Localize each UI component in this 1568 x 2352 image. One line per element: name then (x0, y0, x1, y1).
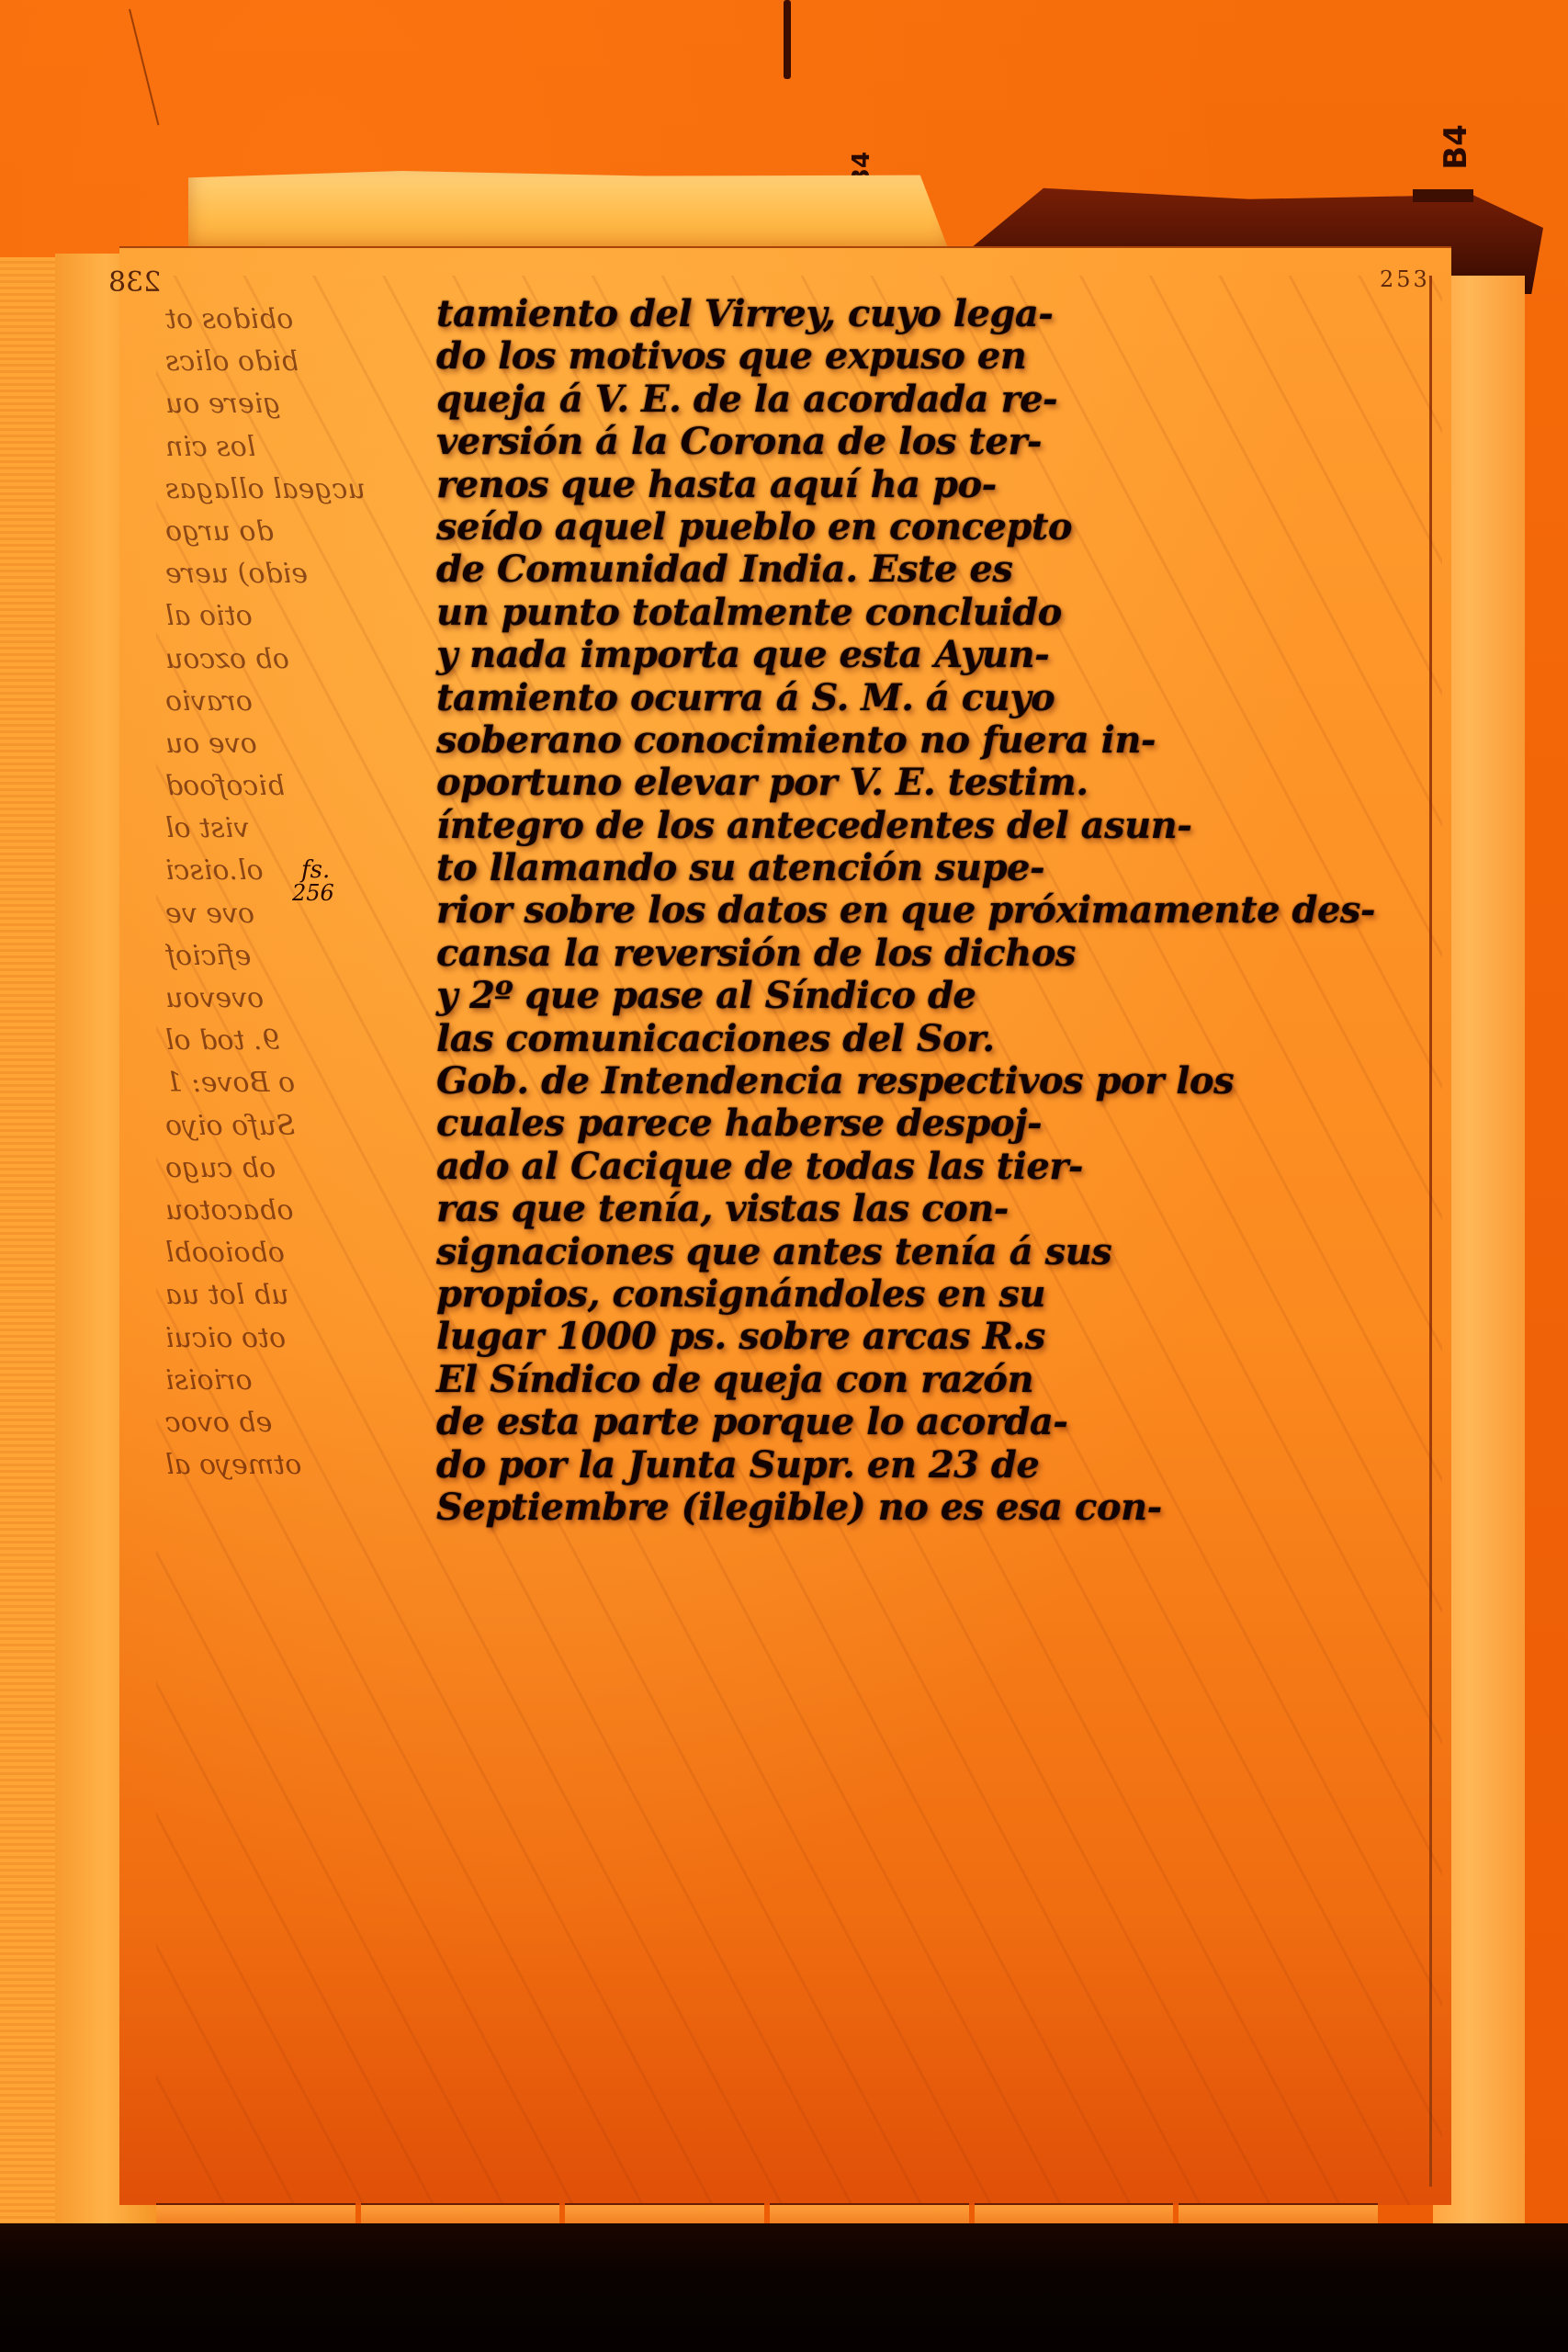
bleed-line: oto oicui (165, 1322, 432, 1364)
manuscript-line: to llamando su atención supe- (436, 846, 1438, 888)
bleed-line: los cin (165, 431, 432, 473)
bleed-line: ucgeal ollagas (165, 473, 432, 515)
manuscript-line: ras que tenía, vistas las con- (436, 1187, 1438, 1229)
manuscript-line: oportuno elevar por V. E. testim. (436, 761, 1438, 803)
bleed-line: vist ol (165, 812, 432, 854)
folio-number: 253 (1380, 266, 1430, 292)
bleed-line: otio al (165, 600, 432, 642)
bleed-line: do urgo (165, 515, 432, 558)
manuscript-line: rior sobre los datos en que próximamente… (436, 888, 1438, 931)
bleed-line: orioisi (165, 1364, 432, 1407)
bleed-line: o Bove: 1 (165, 1067, 432, 1109)
manuscript-line: de Comunidad India. Este es (436, 548, 1438, 590)
manuscript-line: ado al Cacique de todas las tier- (436, 1145, 1438, 1187)
bleed-line: ob ozcou (165, 643, 432, 685)
bleed-through-folio-number: 238 (108, 266, 161, 299)
bleed-line: 9. tod ol (165, 1024, 432, 1067)
flap-tab (1413, 189, 1473, 202)
manuscript-line: versión á la Corona de los ter- (436, 420, 1438, 462)
manuscript-line: íntegro de los antecedentes del asun- (436, 804, 1438, 846)
margin-ref-prefix: fs. (301, 858, 334, 882)
bleed-line: oravio (165, 685, 432, 728)
folded-paper-flap-light (188, 171, 951, 255)
manuscript-line: do por la Junta Supr. en 23 de (436, 1443, 1438, 1486)
margin-ref-number: 256 (292, 882, 334, 904)
manuscript-line: cuales parece haberse despoj- (436, 1102, 1438, 1144)
manuscript-line: y nada importa que esta Ayun- (436, 633, 1438, 675)
manuscript-line: Septiembre (ilegible) no es esa con- (436, 1486, 1438, 1528)
bleed-line: bido olics (165, 345, 432, 388)
manuscript-line: cansa la reversión de los dichos (436, 932, 1438, 974)
bleed-line: obidos ot (165, 303, 432, 345)
bleed-line: ovevou (165, 982, 432, 1024)
bleed-line: bicofood (165, 770, 432, 812)
bleed-line: eb ovoc (165, 1407, 432, 1449)
manuscript-line: seído aquel pueblo en concepto (436, 505, 1438, 548)
manuscript-line: un punto totalmente concluido (436, 591, 1438, 633)
bottom-dark-shadow (0, 2223, 1568, 2352)
bleed-line: Sufo oiyo (165, 1110, 432, 1152)
manuscript-line: propios, consignándoles en su (436, 1272, 1438, 1315)
bleed-line: ove ou (165, 728, 432, 770)
manuscript-text-block: tamiento del Virrey, cuyo lega- do los m… (436, 292, 1438, 1528)
bleed-line: eido) uere (165, 558, 432, 600)
manuscript-line: signaciones que antes tenía á sus (436, 1230, 1438, 1272)
bleed-line: giere ou (165, 388, 432, 430)
manuscript-line: queja á V. E. de la acordada re- (436, 378, 1438, 420)
manuscript-line: do los motivos que expuso en (436, 334, 1438, 377)
manuscript-line: de esta parte porque lo acorda- (436, 1400, 1438, 1442)
manuscript-line: tamiento ocurra á S. M. á cuyo (436, 676, 1438, 718)
manuscript-line: las comunicaciones del Sor. (436, 1017, 1438, 1059)
manuscript-line: tamiento del Virrey, cuyo lega- (436, 292, 1438, 334)
manuscript-line: renos que hasta aquí ha po- (436, 463, 1438, 505)
bleed-line: otmeyo al (165, 1449, 432, 1491)
bleed-line: ob cugo (165, 1152, 432, 1194)
bleed-line: eficiof (165, 940, 432, 982)
manuscript-line: soberano conocimiento no fuera in- (436, 718, 1438, 761)
manuscript-line: y 2º que pase al Síndico de (436, 974, 1438, 1016)
marginal-folio-reference: fs. 256 (292, 858, 334, 904)
manuscript-line-underlined: lugar 1000 ps. sobre arcas R.s (436, 1315, 1438, 1357)
bleed-line: obacotou (165, 1194, 432, 1237)
bleed-line: oboioobl (165, 1237, 432, 1279)
bleed-line: ub lot ua (165, 1279, 432, 1321)
film-holder-mark (784, 0, 791, 79)
manuscript-line: Gob. de Intendencia respectivos por los (436, 1059, 1438, 1102)
manuscript-line: El Síndico de queja con razón (436, 1358, 1438, 1400)
film-reel-label: B4 (1438, 124, 1474, 170)
